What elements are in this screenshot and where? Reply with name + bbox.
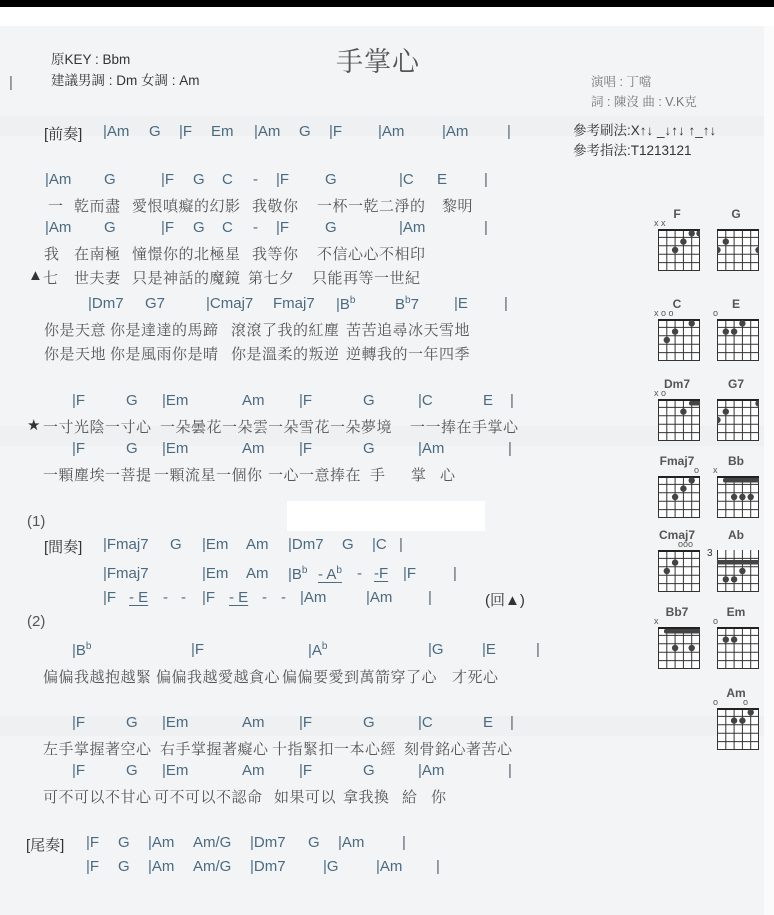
chord: |Am: [300, 589, 326, 606]
lyric-phrase: 你是天地: [44, 343, 106, 364]
chord: |F: [276, 171, 289, 188]
lyric-phrase: 在南極: [74, 243, 121, 264]
chorus-chord-row-2: |F G |Em Am |F G |Am |: [0, 440, 560, 460]
bar-line: |: [508, 440, 512, 457]
fretboard-grid-icon: [717, 476, 759, 518]
lyric-phrase: 手: [370, 464, 386, 485]
lyric-phrase: 給: [402, 786, 418, 807]
chorus-lyric-1: ★ 一寸光陰一寸心 一朵曇花一朵雲 一朵雪花一朵夢境 一一捧在手掌心: [0, 416, 560, 436]
chord: G: [363, 392, 375, 409]
chord-diagram-name: G7: [713, 377, 759, 391]
lyric-phrase: 刻骨銘心著苦心: [404, 738, 513, 759]
star-marker-icon: ★: [27, 416, 41, 434]
fretboard-grid-icon: [658, 229, 700, 271]
chorus-chord-row-1: |F G |Em Am |F G |C E |: [0, 392, 560, 412]
final-chorus-chord-row-1: |F G |Em Am |F G |C E |: [0, 714, 560, 734]
rest-dash: -: [181, 589, 186, 606]
section-label-interlude: [間奏]: [44, 536, 82, 557]
bar-line: |: [504, 295, 508, 312]
chord-diagram-am: Am o o: [713, 686, 773, 762]
chord: |F: [403, 565, 416, 582]
chord: |F: [299, 440, 312, 457]
bridge-lyric: 偏偏我越抱越緊 偏偏我越愛越貪心 偏偏要愛到萬箭穿了心 才死心: [0, 666, 560, 686]
chord: |Am: [442, 123, 468, 140]
chord: Am/G: [193, 834, 231, 851]
chord: Em: [211, 123, 234, 140]
verse-lyric-2: 我 在南極 憧憬你的北極星 我等你 不信心心不相印: [0, 243, 560, 263]
fretboard-grid-icon: [717, 627, 759, 669]
chord: |F: [329, 123, 342, 140]
lyric-phrase: 偏偏我越抱越緊: [43, 666, 152, 687]
chord: - Ab: [318, 565, 342, 583]
lyric-phrase: 你是風雨你是晴: [110, 343, 219, 364]
rest-dash: -: [281, 589, 286, 606]
interlude-chord-row-2: |Fmaj7 |Em Am |Bb - Ab - -F |F |: [0, 565, 560, 585]
chord: |C: [372, 536, 387, 553]
lyric-phrase: 憧憬你的北極星: [132, 243, 241, 264]
part-label-1: (1): [27, 513, 45, 530]
chord: - E: [229, 589, 248, 606]
chord: |Am: [418, 762, 444, 779]
chord: Am: [242, 762, 265, 779]
chord: C: [222, 171, 233, 188]
blank-white-patch: [287, 501, 485, 531]
chord: |Am: [378, 123, 404, 140]
bar-line: |: [510, 714, 514, 731]
lyric-phrase: 心: [440, 464, 456, 485]
bar-line: |: [484, 171, 488, 188]
section-label-intro: [前奏]: [44, 123, 82, 144]
lyric-phrase: 十指緊扣一本心經: [272, 738, 396, 759]
fretboard-grid-icon: [717, 550, 759, 592]
rest-dash: -: [163, 589, 168, 606]
lyric-phrase: 一杯一乾二淨的: [317, 195, 426, 216]
chord: |Em: [162, 714, 188, 731]
chord: E: [483, 392, 493, 409]
lyric-phrase: 如果可以: [274, 786, 336, 807]
section-label-outro: [尾奏]: [26, 834, 64, 855]
singer-credit: 演唱 : 丁噹: [591, 72, 651, 90]
writer-credit: 詞 : 陳沒 曲 : V.K克: [591, 92, 697, 110]
lyric-phrase: 一: [48, 195, 64, 216]
lyric-phrase: 一一捧在手掌心: [410, 416, 519, 437]
lyric-phrase: 可不可以不甘心: [43, 786, 152, 807]
lyric-phrase: 一心一意捧在: [268, 464, 361, 485]
chord: |F: [72, 762, 85, 779]
chord-diagram-name: G: [713, 207, 759, 221]
chord: |Am: [366, 589, 392, 606]
chord: G7: [145, 295, 165, 312]
lyric-phrase: 可不可以不認命: [154, 786, 263, 807]
chord: |C: [399, 171, 414, 188]
lyric-phrase: 愛恨嗔癡的幻影: [132, 195, 241, 216]
bridge-chord-row: |Bb |F |Ab |G |E |: [0, 641, 560, 661]
chord: G: [149, 123, 161, 140]
chord: |Am: [103, 123, 129, 140]
lyric-phrase: 你是達達的馬蹄: [110, 319, 219, 340]
song-title: 手掌心: [336, 40, 420, 79]
bar-line: |: [402, 834, 406, 851]
chord: -: [253, 171, 258, 188]
chord: |F: [72, 440, 85, 457]
bar-line: |: [507, 123, 511, 140]
chord: G: [363, 714, 375, 731]
chord: Fmaj7: [273, 295, 315, 312]
lyric-phrase: 不信心心不相印: [317, 243, 426, 264]
chord-diagram-dm7: Dm7 x o: [654, 377, 714, 453]
chord: G: [118, 858, 130, 875]
chord: G: [126, 762, 138, 779]
chord: |Em: [162, 762, 188, 779]
chord: G: [363, 440, 375, 457]
lyric-phrase: 你是天意: [44, 319, 106, 340]
final-chorus-chord-row-2: |F G |Em Am |F G |Am |: [0, 762, 560, 782]
chord: E: [483, 714, 493, 731]
lyric-phrase: 你是溫柔的叛逆: [231, 343, 340, 364]
chord: |Em: [162, 392, 188, 409]
chord: |F: [86, 858, 99, 875]
open-strings-marker: o o: [713, 697, 748, 707]
bar-line: |: [436, 858, 440, 875]
lyric-phrase: 左手掌握著空心: [43, 738, 152, 759]
chord: |Bb: [288, 565, 307, 583]
fretboard-grid-icon: [717, 708, 759, 750]
chord: |F: [161, 171, 174, 188]
lyric-phrase: 第七夕: [248, 267, 295, 288]
fretboard-grid-icon: [717, 229, 759, 271]
chord-diagram-em: Em o: [713, 605, 773, 681]
bar-line: |: [428, 589, 432, 606]
lyric-phrase: 偏偏要愛到萬箭穿了心: [282, 666, 437, 687]
fretboard-grid-icon: [658, 399, 700, 441]
chord: -F: [374, 565, 388, 582]
fretboard-grid-icon: [717, 399, 759, 441]
lyric-phrase: 黎明: [442, 195, 473, 216]
chord: G: [170, 536, 182, 553]
chord: G: [126, 440, 138, 457]
chord-diagram-e: E o: [713, 297, 773, 373]
outro-chord-row-1: [尾奏] |F G |Am Am/G |Dm7 G |Am |: [0, 834, 560, 854]
suggested-key: 建議男調 : Dm 女調 : Am: [51, 69, 200, 89]
chord: |F: [299, 714, 312, 731]
chord: |Cmaj7: [206, 295, 253, 312]
chord: E: [437, 171, 447, 188]
chord: G: [118, 834, 130, 851]
chord: |F: [276, 219, 289, 236]
chord: |Am: [148, 858, 174, 875]
chord-diagram-cmaj7: Cmaj7 ooo: [654, 528, 714, 604]
chord-diagram-f: F x x: [654, 207, 714, 283]
chord: G: [308, 834, 320, 851]
lyric-phrase: 乾而盡: [74, 195, 121, 216]
open-strings-marker: x o o: [654, 308, 674, 318]
chord: |Fmaj7: [103, 536, 149, 553]
chord: |Am: [418, 440, 444, 457]
chord: G: [325, 219, 337, 236]
open-strings-marker: ooo: [678, 539, 693, 549]
chord: |F: [179, 123, 192, 140]
chord: |Am: [376, 858, 402, 875]
fretboard-grid-icon: [658, 550, 700, 592]
chord-diagram-fmaj7: Fmaj7 o: [654, 454, 714, 530]
chord: |Fmaj7: [103, 565, 149, 582]
triangle-marker-icon: ▲: [28, 267, 43, 284]
muted-strings-marker: x x: [654, 218, 666, 228]
lyric-phrase: 一顆流星一個你: [154, 464, 263, 485]
chord: G: [342, 536, 354, 553]
intro-chord-row: [前奏] |Am G |F Em |Am G |F |Am |Am |: [0, 123, 560, 143]
chord: - E: [129, 589, 148, 606]
lyric-phrase: 滾滾了我的紅塵: [231, 319, 340, 340]
chord-diagram-g: G: [713, 207, 773, 283]
chord: |F: [72, 392, 85, 409]
lyric-phrase: 只是神話的魔鏡: [132, 267, 241, 288]
chord: |Am: [148, 834, 174, 851]
bar-line: |: [453, 565, 457, 582]
chord: |Dm7: [288, 536, 324, 553]
chord: |Am: [45, 219, 71, 236]
interlude-chord-row-1: [間奏] |Fmaj7 G |Em Am |Dm7 G |C |: [0, 536, 560, 556]
chord: |E: [454, 295, 468, 312]
fret-position-label: 3: [707, 548, 713, 559]
final-chorus-lyric-1: 左手掌握著空心 右手掌握著癡心 十指緊扣一本心經 刻骨銘心著苦心: [0, 738, 560, 758]
chord: |C: [418, 714, 433, 731]
chord: |F: [161, 219, 174, 236]
bar-line: |: [510, 392, 514, 409]
muted-strings-marker: x: [654, 616, 659, 626]
chord: |Em: [162, 440, 188, 457]
chord-diagram-name: E: [713, 297, 759, 311]
chord: G: [126, 714, 138, 731]
chord: G: [104, 171, 116, 188]
chorus-lyric-2: 一顆塵埃一菩提 一顆流星一個你 一心一意捧在 手 掌 心: [0, 464, 560, 484]
chord: |Am: [399, 219, 425, 236]
lyric-phrase: 一顆塵埃一菩提: [43, 464, 152, 485]
chord: |E: [482, 641, 496, 658]
chord: G: [325, 171, 337, 188]
chord: G: [299, 123, 311, 140]
chord-diagram-ab: Ab 3: [713, 528, 773, 604]
lyric-phrase: 逆轉我的一年四季: [346, 343, 470, 364]
chord: |F: [202, 589, 215, 606]
chord: Am: [242, 714, 265, 731]
verse-chord-row-2: |Am G |F G C - |F G |Am |: [0, 219, 560, 239]
verse-chord-row-1: |Am G |F G C - |F G |C E |: [0, 171, 560, 191]
chord-diagram-name: Ab: [713, 528, 759, 542]
rest-dash: -: [262, 589, 267, 606]
chord: |F: [72, 714, 85, 731]
bar-line: |: [484, 219, 488, 236]
lyric-phrase: 偏偏我越愛越貪心: [156, 666, 280, 687]
original-key: 原KEY : Bbm: [51, 48, 130, 68]
chord: C: [222, 219, 233, 236]
interlude-chord-row-3: |F - E - - |F - E - - |Am |Am | (回▲): [0, 589, 560, 609]
chord-diagram-c: C x o o: [654, 297, 714, 373]
chord: Am/G: [193, 858, 231, 875]
chord: |Am: [338, 834, 364, 851]
chord: |Dm7: [250, 834, 286, 851]
open-strings-marker: o: [713, 616, 718, 626]
chord-diagram-name: Bb: [713, 454, 759, 468]
lyric-phrase: 只能再等一世紀: [312, 267, 421, 288]
chord: |F: [299, 392, 312, 409]
lyric-phrase: 一寸光陰一寸心: [43, 416, 152, 437]
chord: Am: [242, 392, 265, 409]
lyric-phrase: 你: [431, 786, 447, 807]
chord: Am: [242, 440, 265, 457]
lyric-phrase: 我敬你: [252, 195, 299, 216]
chord-diagram-name: Bb7: [654, 605, 700, 619]
lyric-phrase: 一朵曇花一朵雲: [160, 416, 269, 437]
chord-diagram-bb7: Bb7 x: [654, 605, 714, 681]
open-strings-marker: o: [713, 308, 718, 318]
chord-diagram-g7: G7: [713, 377, 773, 453]
lyric-phrase: 苦苦追尋冰天雪地: [346, 319, 470, 340]
chord: G: [363, 762, 375, 779]
chord: Am: [246, 565, 269, 582]
chord: |F: [191, 641, 204, 658]
chord: |Em: [202, 536, 228, 553]
chord: |F: [299, 762, 312, 779]
chord: |Dm7: [88, 295, 124, 312]
chord: G: [104, 219, 116, 236]
bar-line: |: [536, 641, 540, 658]
chord: |F: [103, 589, 116, 606]
part-label-2: (2): [27, 613, 45, 630]
chord: |Bb: [336, 295, 355, 313]
verse-lyric-3: ▲ 七 世夫妻 只是神話的魔鏡 第七夕 只能再等一世紀: [0, 267, 560, 287]
text-cursor: |: [9, 74, 13, 91]
chord-diagram-bb: Bb x: [713, 454, 773, 530]
bar-line: |: [508, 762, 512, 779]
lyric-phrase: 拿我換: [343, 786, 390, 807]
chord-diagram-name: Cmaj7: [654, 528, 700, 542]
fretboard-grid-icon: [658, 319, 700, 361]
chord: Am: [246, 536, 269, 553]
chord: G: [126, 392, 138, 409]
chord: |G: [428, 641, 444, 658]
chord: |C: [418, 392, 433, 409]
final-chorus-lyric-2: 可不可以不甘心 可不可以不認命 如果可以 拿我換 給 你: [0, 786, 560, 806]
open-strings-marker: x o: [654, 388, 666, 398]
lyric-phrase: 一朵雪花一朵夢境: [268, 416, 392, 437]
bar-line: |: [399, 536, 403, 553]
top-black-bar: [0, 0, 774, 7]
muted-strings-marker: x: [713, 465, 718, 475]
chord: -: [253, 219, 258, 236]
chord: Bb7: [395, 295, 419, 313]
chord: |Am: [254, 123, 280, 140]
repeat-instruction: (回▲): [485, 589, 525, 610]
lyric-phrase: 世夫妻: [74, 267, 121, 288]
chord: |F: [86, 834, 99, 851]
lyric-phrase: 我等你: [252, 243, 299, 264]
lyric-phrase: 才死心: [452, 666, 499, 687]
prechorus-lyric-1: 你是天意 你是達達的馬蹄 滾滾了我的紅塵 苦苦追尋冰天雪地: [0, 319, 560, 339]
lyric-phrase: 我: [44, 243, 60, 264]
chord: G: [193, 219, 205, 236]
chord: G: [193, 171, 205, 188]
fretboard-grid-icon: [658, 627, 700, 669]
fretboard-grid-icon: [717, 319, 759, 361]
chord: |Bb: [72, 641, 91, 659]
open-strings-marker: o: [694, 465, 699, 475]
rest-dash: -: [357, 565, 362, 582]
chord: |G: [323, 858, 339, 875]
fretboard-grid-icon: [658, 476, 700, 518]
prechorus-lyric-2: 你是天地 你是風雨你是晴 你是溫柔的叛逆 逆轉我的一年四季: [0, 343, 560, 363]
finger-pattern: 參考指法:T1213121: [573, 139, 692, 159]
chord: |Am: [45, 171, 71, 188]
strum-pattern: 參考刷法:X↑↓ _↓↑↓ ↑_↑↓: [573, 119, 716, 139]
lyric-phrase: 七: [43, 267, 59, 288]
outro-chord-row-2: |F G |Am Am/G |Dm7 |G |Am |: [0, 858, 560, 878]
chord: |Em: [202, 565, 228, 582]
chord: |Ab: [308, 641, 327, 659]
prechorus-chord-row: |Dm7 G7 |Cmaj7 Fmaj7 |Bb Bb7 |E |: [0, 295, 560, 315]
chord: |Dm7: [250, 858, 286, 875]
verse-lyric-1: 一 乾而盡 愛恨嗔癡的幻影 我敬你 一杯一乾二淨的 黎明: [0, 195, 560, 215]
lyric-phrase: 掌: [411, 464, 427, 485]
chord-diagram-name: Em: [713, 605, 759, 619]
lyric-phrase: 右手掌握著癡心: [160, 738, 269, 759]
